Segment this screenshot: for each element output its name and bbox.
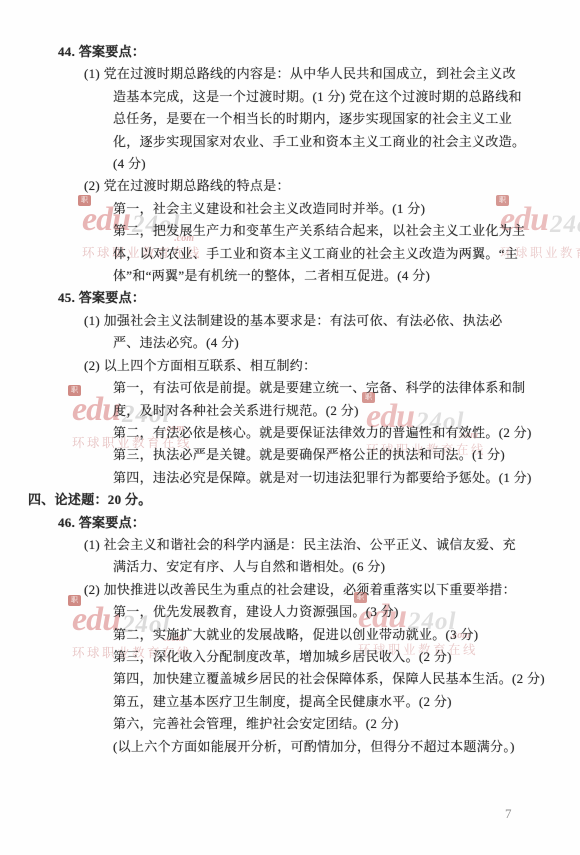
document-lines: 44. 答案要点：(1) 党在过渡时期总路线的内容是：从中华人民共和国成立，到社… bbox=[0, 41, 580, 758]
doc-line: 严、违法必究。(4 分) bbox=[0, 332, 580, 354]
doc-line: (4 分) bbox=[0, 153, 580, 175]
doc-line: 第五，建立基本医疗卫生制度，提高全民健康水平。(2 分) bbox=[0, 691, 580, 713]
doc-line: (2) 以上四个方面相互联系、相互制约： bbox=[0, 355, 580, 377]
doc-line: 造基本完成，这是一个过渡时期。(1 分) 党在这个过渡时期的总路线和 bbox=[0, 86, 580, 108]
doc-line: 第二，有法必依是核心。就是要保证法律效力的普遍性和有效性。(2 分) bbox=[0, 422, 580, 444]
doc-line: 第二，把发展生产力和变革生产关系结合起来，以社会主义工业化为主 bbox=[0, 220, 580, 242]
doc-line: 体”和“两翼”是有机统一的整体，二者相互促进。(4 分) bbox=[0, 265, 580, 287]
doc-line: 化，逐步实现国家对农业、手工业和资本主义工商业的社会主义改造。 bbox=[0, 131, 580, 153]
doc-line: (2) 加快推进以改善民生为重点的社会建设，必须着重落实以下重要举措： bbox=[0, 579, 580, 601]
doc-line: (1) 社会主义和谐社会的科学内涵是：民主法治、公平正义、诚信友爱、充 bbox=[0, 534, 580, 556]
doc-line: 第三，深化收入分配制度改革，增加城乡居民收入。(2 分) bbox=[0, 646, 580, 668]
doc-line: 第一，有法可依是前提。就是要建立统一、完备、科学的法律体系和制 bbox=[0, 377, 580, 399]
doc-line: 度，及时对各种社会关系进行规范。(2 分) bbox=[0, 400, 580, 422]
doc-line: 45. 答案要点： bbox=[0, 287, 580, 309]
doc-line: (1) 加强社会主义法制建设的基本要求是：有法可依、有法必依、执法必 bbox=[0, 310, 580, 332]
doc-line: 体，以对农业、手工业和资本主义工商业的社会主义改造为两翼。“主 bbox=[0, 243, 580, 265]
doc-line: (以上六个方面如能展开分析，可酌情加分，但得分不超过本题满分。) bbox=[0, 736, 580, 758]
doc-line: 第六，完善社会管理，维护社会安定团结。(2 分) bbox=[0, 713, 580, 735]
doc-line: 46. 答案要点： bbox=[0, 512, 580, 534]
doc-line: 第四，违法必究是保障。就是对一切违法犯罪行为都要给予惩处。(1 分) bbox=[0, 467, 580, 489]
doc-line: 第二，实施扩大就业的发展战略，促进以创业带动就业。(3 分) bbox=[0, 624, 580, 646]
page-number: 7 bbox=[505, 806, 512, 822]
doc-line: 满活力、安定有序、人与自然和谐相处。(6 分) bbox=[0, 556, 580, 578]
scanned-answer-page: 职edu24ol.com环球职业教育在线职edu24ol.com环球职业教育在线… bbox=[0, 0, 580, 855]
doc-line: 第一，社会主义建设和社会主义改造同时并举。(1 分) bbox=[0, 198, 580, 220]
doc-line: 第三，执法必严是关键。就是要确保严格公正的执法和司法。(1 分) bbox=[0, 444, 580, 466]
doc-line: (2) 党在过渡时期总路线的特点是： bbox=[0, 175, 580, 197]
doc-line: 第一，优先发展教育，建设人力资源强国。(3 分) bbox=[0, 601, 580, 623]
doc-line: 四、论述题：20 分。 bbox=[0, 489, 580, 511]
doc-line: (1) 党在过渡时期总路线的内容是：从中华人民共和国成立，到社会主义改 bbox=[0, 63, 580, 85]
doc-line: 第四，加快建立覆盖城乡居民的社会保障体系，保障人民基本生活。(2 分) bbox=[0, 668, 580, 690]
doc-line: 总任务，是要在一个相当长的时期内，逐步实现国家的社会主义工业 bbox=[0, 108, 580, 130]
doc-line: 44. 答案要点： bbox=[0, 41, 580, 63]
